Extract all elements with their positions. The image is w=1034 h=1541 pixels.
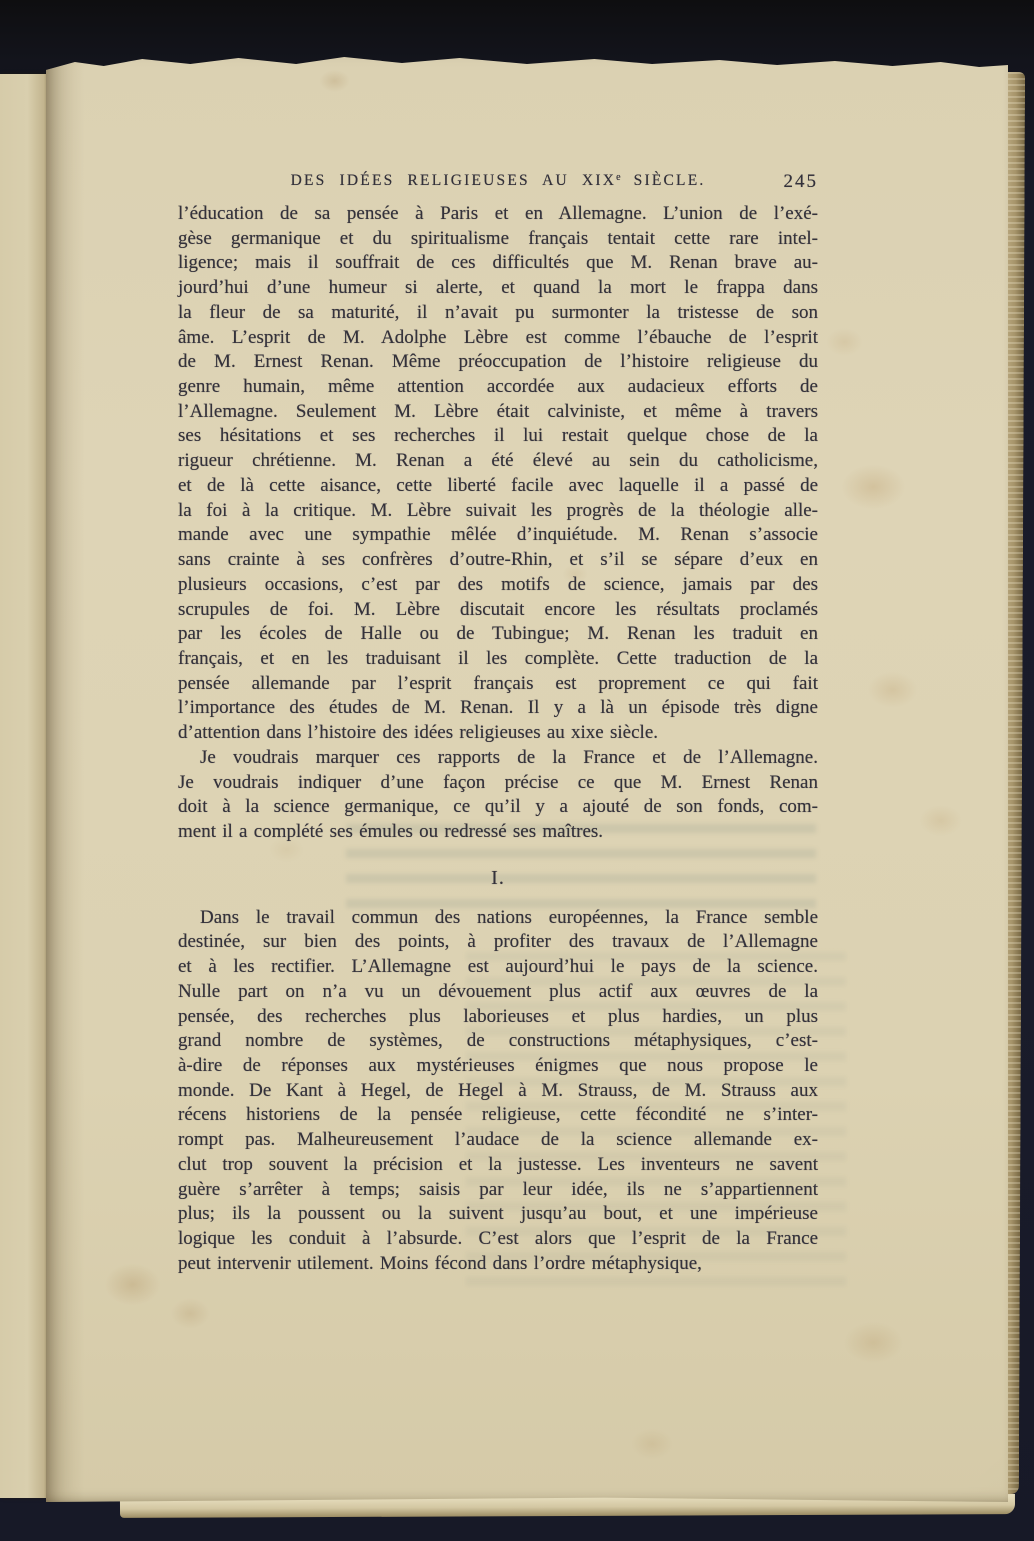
text-line: par les écoles de Halle ou de Tubingue; … [178,622,818,647]
text-line: et à les rectifier. L’Allemagne est aujo… [178,955,818,980]
text-line: pensée, des recherches plus laborieuses … [178,1005,818,1030]
text-line: doit à la science germanique, ce qu’il y… [178,795,818,820]
text-line: monde. De Kant à Hegel, de Hegel à M. St… [178,1079,818,1104]
text-line: l’Allemagne. Seulement M. Lèbre était ca… [178,400,818,425]
text-line: gèse germanique et du spiritualisme fran… [178,227,818,252]
text-line: la foi à la critique. M. Lèbre suivait l… [178,499,818,524]
running-title: DES IDÉES RELIGIEUSES AU XIXe SIÈCLE. [178,172,818,190]
text-line: sans crainte à ses confrères d’outre-Rhi… [178,548,818,573]
text-line: âme. L’esprit de M. Adolphe Lèbre est co… [178,326,818,351]
text-line: plus; ils la poussent ou la suivent jusq… [178,1202,818,1227]
text-line: grand nombre de systèmes, de constructio… [178,1029,818,1054]
text-line: rigueur chrétienne. M. Renan a été élevé… [178,449,818,474]
section-heading: I. [178,865,818,891]
text-line: d’attention dans l’histoire des idées re… [178,721,818,746]
book-photo: DES IDÉES RELIGIEUSES AU XIXe SIÈCLE. 24… [0,0,1034,1541]
text-line: Je voudrais marquer ces rapports de la F… [178,746,818,771]
text-line: ses hésitations et ses recherches il lui… [178,424,818,449]
text-line: ligence; mais il souffrait de ces diffic… [178,251,818,276]
text-line: mande avec une sympathie mêlée d’inquiét… [178,523,818,548]
text-line: destinée, sur bien des points, à profite… [178,930,818,955]
text-line: ment il a complété ses émules ou redress… [178,820,818,845]
book-page: DES IDÉES RELIGIEUSES AU XIXe SIÈCLE. 24… [46,52,1008,1502]
text-line: et de là cette aisance, cette liberté fa… [178,474,818,499]
text-line: rompt pas. Malheureusement l’audace de l… [178,1128,818,1153]
text-block: l’éducation de sa pensée à Paris et en A… [178,202,818,1276]
page-number: 245 [784,171,819,193]
text-line: clut trop souvent la précision et la jus… [178,1153,818,1178]
text-line: genre humain, même attention accordée au… [178,375,818,400]
text-line: Dans le travail commun des nations europ… [178,906,818,931]
text-line: Je voudrais indiquer d’une façon précise… [178,771,818,796]
text-line: jourd’hui d’une humeur si alerte, et qua… [178,276,818,301]
running-title-end: SIÈCLE. [621,172,706,189]
running-title-text: DES IDÉES RELIGIEUSES AU XIX [291,172,617,189]
text-line: pensée allemande par l’esprit français e… [178,672,818,697]
text-line: scrupules de foi. M. Lèbre discutait enc… [178,598,818,623]
text-line: récens historiens de la pensée religieus… [178,1103,818,1128]
page-header: DES IDÉES RELIGIEUSES AU XIXe SIÈCLE. 24… [178,172,818,200]
previous-page-edge [0,74,50,1498]
text-line: à-dire de réponses aux mystérieuses énig… [178,1054,818,1079]
text-line: peut intervenir utilement. Moins fécond … [178,1252,818,1277]
text-line: l’importance des études de M. Renan. Il … [178,696,818,721]
text-line: français, et en les traduisant il les co… [178,647,818,672]
text-line: de M. Ernest Renan. Même préoccupation d… [178,350,818,375]
text-line: la fleur de sa maturité, il n’avait pu s… [178,301,818,326]
text-line: l’éducation de sa pensée à Paris et en A… [178,202,818,227]
text-line: plusieurs occasions, c’est par des motif… [178,573,818,598]
text-line: Nulle part on n’a vu un dévouement plus … [178,980,818,1005]
text-line: guère s’arrêter à temps; saisis par leur… [178,1178,818,1203]
text-line: logique les conduit à l’absurde. C’est a… [178,1227,818,1252]
